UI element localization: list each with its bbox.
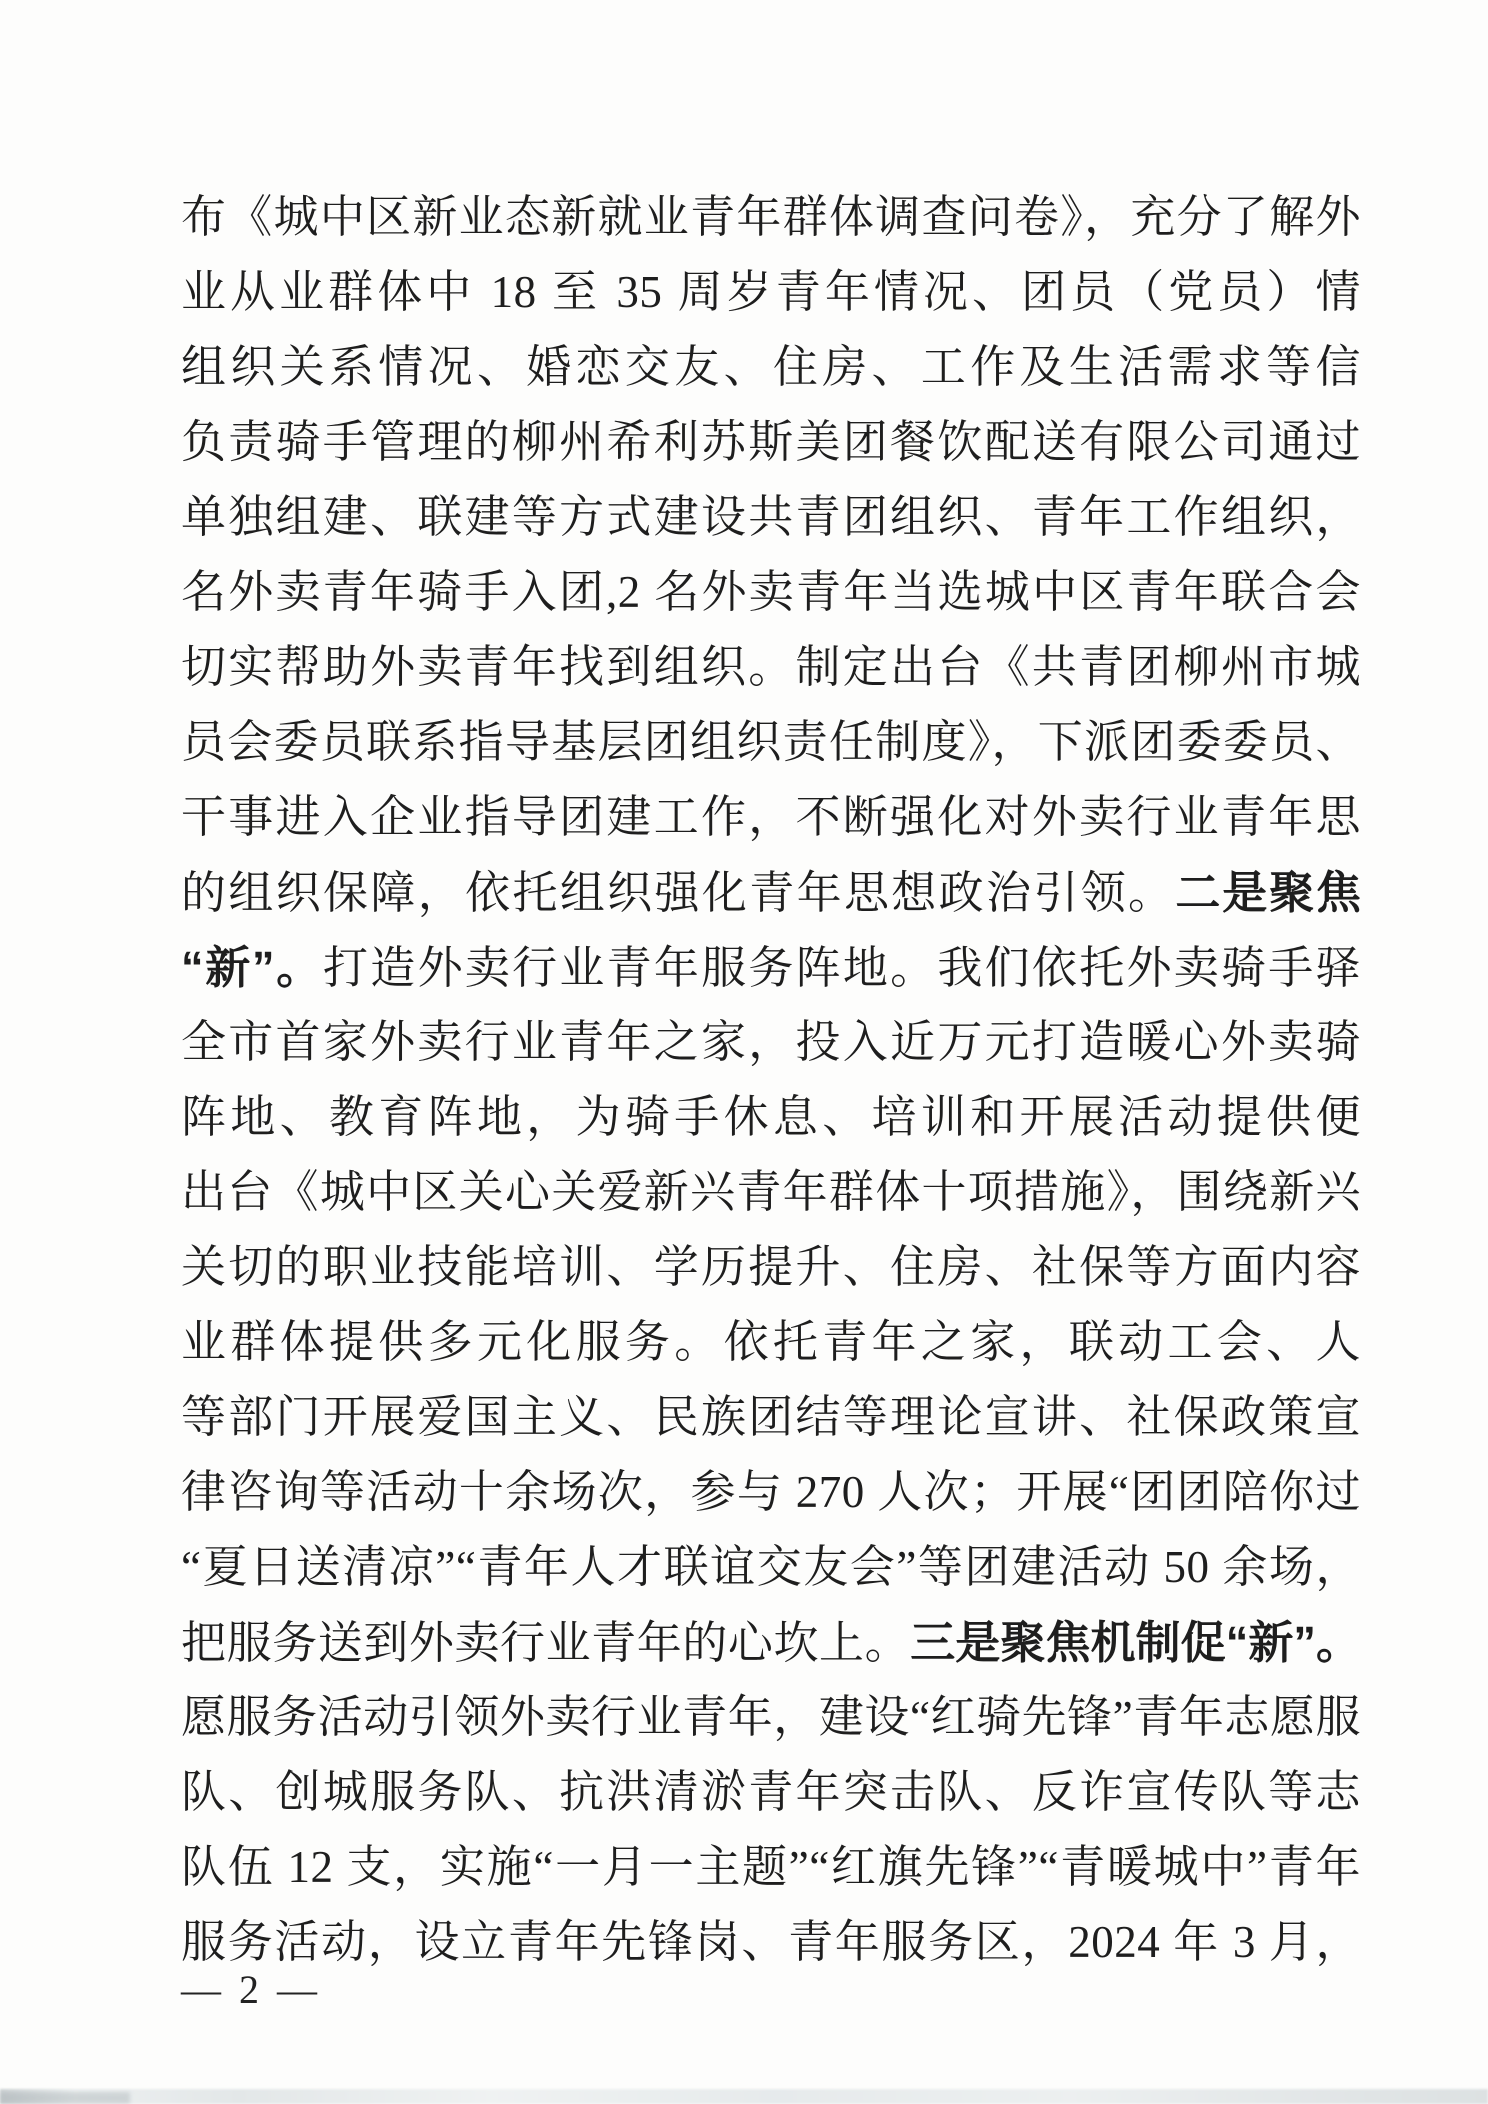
text-line: 负责骑手管理的柳州希利苏斯美团餐饮配送有限公司通过采取 bbox=[181, 405, 1361, 480]
text-line: 出台《城中区关心关爱新兴青年群体十项措施》，围绕新兴青年 bbox=[181, 1155, 1361, 1230]
text-segment: 全市首家外卖行业青年之家，投入近万元打造暖心外卖骑手服务 bbox=[181, 1017, 1361, 1080]
text-line: 切实帮助外卖青年找到组织。制定出台《共青团柳州市城中区委 bbox=[181, 630, 1361, 705]
text-segment: 名外卖青年骑手入团,2 名外卖青年当选城中区青年联合会委员， bbox=[181, 567, 1361, 630]
text-line: 组织关系情况、婚恋交友、住房、工作及生活需求等信息，指导 bbox=[181, 330, 1361, 405]
text-line: 把服务送到外卖行业青年的心坎上。三是聚焦机制促“新”。用志 bbox=[181, 1605, 1361, 1680]
text-line: 关切的职业技能培训、学历提升、住房、社保等方面内容为新就 bbox=[181, 1230, 1361, 1305]
text-segment: 单独组建、联建等方式建设共青团组织、青年工作组织，推动 3 bbox=[181, 492, 1361, 555]
text-line: 业从业群体中 18 至 35 周岁青年情况、团员（党员）情况、党团 bbox=[181, 255, 1361, 330]
text-segment: 员会委员联系指导基层团组织责任制度》，下派团委委员、团委 bbox=[181, 717, 1361, 780]
text-line: 名外卖青年骑手入团,2 名外卖青年当选城中区青年联合会委员， bbox=[181, 555, 1361, 630]
text-segment: 的组织保障，依托组织强化青年思想政治引领。 bbox=[181, 868, 1175, 918]
scan-smudge-artifact bbox=[0, 2092, 130, 2104]
text-line: 队伍 12 支，实施“一月一主题”“红旗先锋”“青暖城中”青年志愿 bbox=[181, 1830, 1361, 1905]
text-segment-bold: “新”。 bbox=[181, 942, 323, 993]
text-line: 愿服务活动引领外卖行业青年，建设“红骑先锋”青年志愿服务 bbox=[181, 1680, 1361, 1755]
text-line: 队、创城服务队、抗洪清淤青年突击队、反诈宣传队等志愿服务 bbox=[181, 1755, 1361, 1830]
document-body: 布《城中区新业态新就业青年群体调查问卷》，充分了解外卖行业从业群体中 18 至 … bbox=[181, 180, 1361, 1980]
text-line: 阵地、教育阵地，为骑手休息、培训和开展活动提供便利。制定 bbox=[181, 1080, 1361, 1155]
document-page: 布《城中区新业态新就业青年群体调查问卷》，充分了解外卖行业从业群体中 18 至 … bbox=[0, 0, 1488, 2104]
text-line: 布《城中区新业态新就业青年群体调查问卷》，充分了解外卖行 bbox=[181, 180, 1361, 255]
text-line: 的组织保障，依托组织强化青年思想政治引领。二是聚焦服务暖 bbox=[181, 855, 1361, 930]
text-segment: “夏日送清凉”“青年人才联谊交友会”等团建活动 50 余场，真正 bbox=[181, 1542, 1361, 1605]
text-segment: 布《城中区新业态新就业青年群体调查问卷》，充分了解外卖行 bbox=[181, 192, 1361, 255]
text-segment: 律咨询等活动十余场次，参与 270 人次；开展“团团陪你过大年” bbox=[181, 1467, 1361, 1530]
text-segment: 负责骑手管理的柳州希利苏斯美团餐饮配送有限公司通过采取 bbox=[181, 417, 1361, 480]
text-segment: 把服务送到外卖行业青年的心坎上。 bbox=[181, 1618, 910, 1668]
text-segment: 关切的职业技能培训、学历提升、住房、社保等方面内容为新就 bbox=[181, 1242, 1361, 1305]
text-segment: 业群体提供多元化服务。依托青年之家，联动工会、人社、妇联 bbox=[181, 1317, 1361, 1380]
text-segment: 服务活动，设立青年先锋岗、青年服务区，2024 年 3 月，引领 1 bbox=[181, 1917, 1361, 1980]
text-segment: 业从业群体中 18 至 35 周岁青年情况、团员（党员）情况、党团 bbox=[181, 267, 1361, 330]
text-line: “新”。打造外卖行业青年服务阵地。我们依托外卖骑手驿站建设 bbox=[181, 930, 1361, 1005]
text-segment: 干事进入企业指导团建工作，不断强化对外卖行业青年思想引领 bbox=[181, 792, 1361, 855]
text-line: 服务活动，设立青年先锋岗、青年服务区，2024 年 3 月，引领 1 bbox=[181, 1905, 1361, 1980]
text-segment: 愿服务活动引领外卖行业青年，建设“红骑先锋”青年志愿服务 bbox=[181, 1692, 1361, 1755]
text-line: 业群体提供多元化服务。依托青年之家，联动工会、人社、妇联 bbox=[181, 1305, 1361, 1380]
text-line: 全市首家外卖行业青年之家，投入近万元打造暖心外卖骑手服务 bbox=[181, 1005, 1361, 1080]
text-segment: 组织关系情况、婚恋交友、住房、工作及生活需求等信息，指导 bbox=[181, 342, 1361, 405]
text-segment: 队、创城服务队、抗洪清淤青年突击队、反诈宣传队等志愿服务 bbox=[181, 1767, 1361, 1830]
text-line: 干事进入企业指导团建工作，不断强化对外卖行业青年思想引领 bbox=[181, 780, 1361, 855]
text-segment: 等部门开展爱国主义、民族团结等理论宣讲、社保政策宣讲、法 bbox=[181, 1392, 1361, 1455]
text-line: 员会委员联系指导基层团组织责任制度》，下派团委委员、团委 bbox=[181, 705, 1361, 780]
text-segment: 切实帮助外卖青年找到组织。制定出台《共青团柳州市城中区委 bbox=[181, 642, 1361, 705]
text-segment: 阵地、教育阵地，为骑手休息、培训和开展活动提供便利。制定 bbox=[181, 1092, 1361, 1155]
text-line: 等部门开展爱国主义、民族团结等理论宣讲、社保政策宣讲、法 bbox=[181, 1380, 1361, 1455]
text-segment: 出台《城中区关心关爱新兴青年群体十项措施》，围绕新兴青年 bbox=[181, 1167, 1361, 1230]
scan-edge-artifact bbox=[0, 2089, 1488, 2104]
text-segment: 打造外卖行业青年服务阵地。我们依托外卖骑手驿站建设 bbox=[181, 943, 1361, 1005]
text-segment-bold: 三是聚焦机制促“新”。 bbox=[910, 1617, 1361, 1668]
text-line: “夏日送清凉”“青年人才联谊交友会”等团建活动 50 余场，真正 bbox=[181, 1530, 1361, 1605]
text-segment: 队伍 12 支，实施“一月一主题”“红旗先锋”“青暖城中”青年志愿 bbox=[181, 1842, 1361, 1905]
page-number: — 2 — bbox=[181, 1962, 321, 2018]
text-line: 律咨询等活动十余场次，参与 270 人次；开展“团团陪你过大年” bbox=[181, 1455, 1361, 1530]
text-line: 单独组建、联建等方式建设共青团组织、青年工作组织，推动 3 bbox=[181, 480, 1361, 555]
